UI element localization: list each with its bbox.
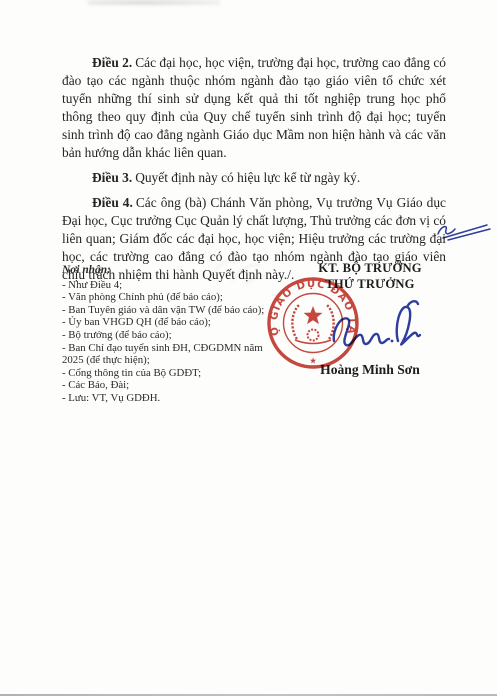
scan-background [0,696,497,700]
article-paragraph: Điều 3.Quyết định này có hiệu lực kể từ … [62,169,446,187]
signature-scribble [326,291,422,363]
recipient-item: - Các Báo, Đài; [62,379,276,392]
paraph-scribble [435,219,493,243]
recipient-item: - Ban Tuyên giáo và dân vận TW (để báo c… [62,304,276,317]
recipient-item: - Bộ trưởng (để báo cáo); [62,329,276,342]
recipient-item: - Ban Chỉ đạo tuyển sinh ĐH, CĐGDMN năm … [62,342,276,367]
article-text: Các đại học, học viện, trường đại học, t… [62,55,446,160]
recipient-item: - Cổng thông tin của Bộ GDĐT; [62,367,276,380]
scan-smudge-artifact [88,0,220,5]
recipients-block: Nơi nhận: - Như Điều 4;- Văn phòng Chính… [62,264,276,405]
authority-line1: KT. BỘ TRƯỞNG [278,261,462,277]
recipients-heading: Nơi nhận: [62,264,276,277]
article-paragraph: Điều 2.Các đại học, học viện, trường đại… [62,54,446,162]
article-text: Quyết định này có hiệu lực kể từ ngày ký… [135,170,360,185]
recipient-item: - Văn phòng Chính phủ (để báo cáo); [62,291,276,304]
seal-bottom-star: ★ [309,357,317,367]
recipient-item: - Như Điều 4; [62,279,276,292]
article-label: Điều 2. [92,55,132,70]
document-body: Điều 2.Các đại học, học viện, trường đại… [62,54,446,284]
article-label: Điều 3. [92,170,132,185]
seal-star-emblem [304,306,323,324]
recipients-list: - Như Điều 4;- Văn phòng Chính phủ (để b… [62,279,276,405]
recipient-item: - Lưu: VT, Vụ GDĐH. [62,392,276,405]
recipient-item: - Ủy ban VHGD QH (để báo cáo); [62,316,276,329]
article-label: Điều 4. [92,195,133,210]
scanned-document-page: Điều 2.Các đại học, học viện, trường đại… [0,0,497,700]
